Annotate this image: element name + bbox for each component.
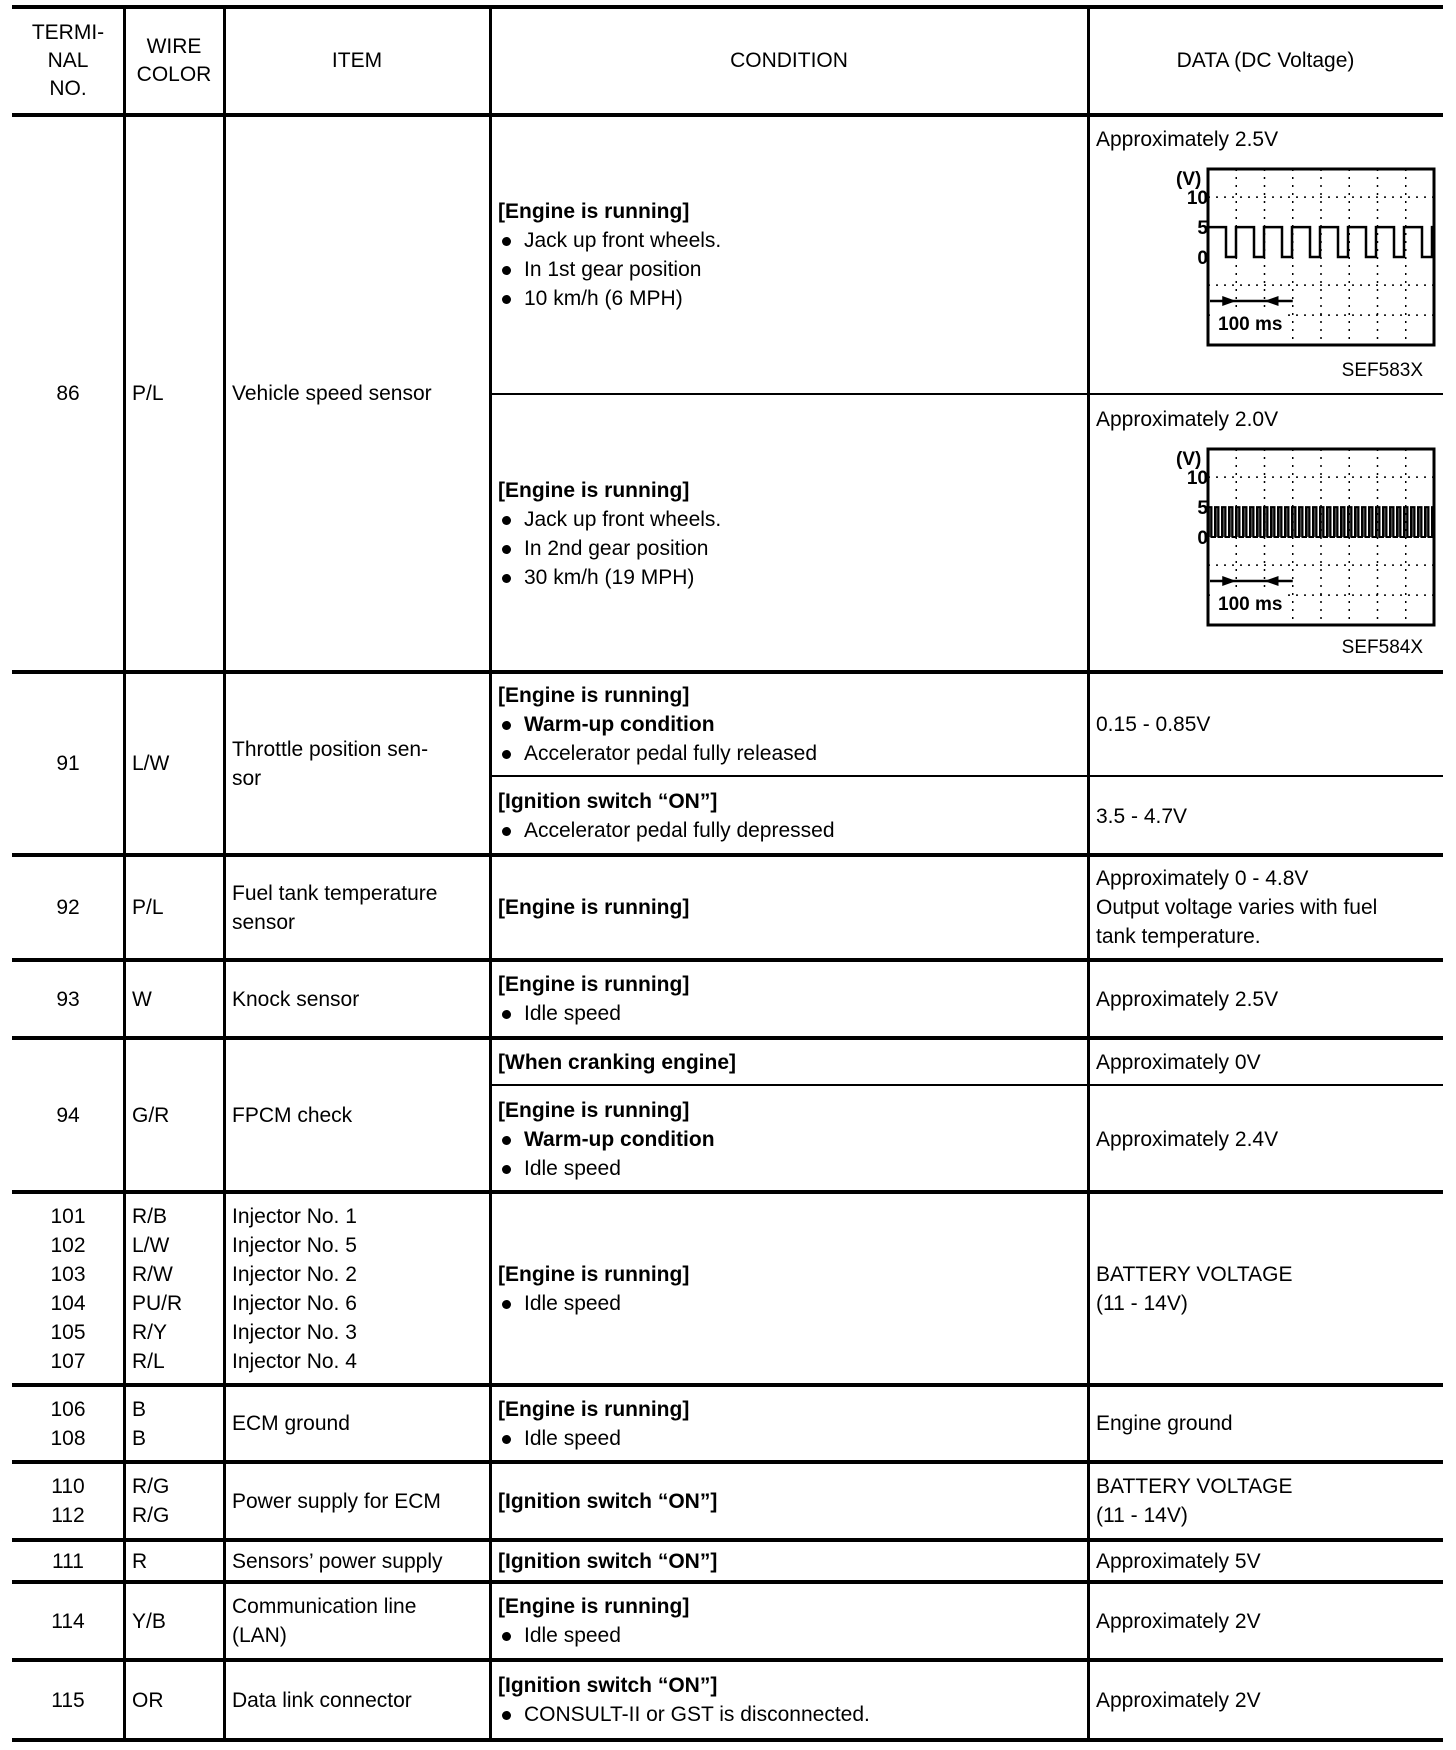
- item-name-text: Fuel tank temperaturesensor: [232, 879, 437, 937]
- condition-text: [When cranking engine]: [498, 1048, 736, 1077]
- table-column-rule: [223, 7, 226, 1740]
- condition-bullet: Idle speed: [498, 1289, 689, 1318]
- wire-color-line: L/W: [132, 749, 169, 778]
- data-value: Approximately 2.5V: [1088, 960, 1443, 1038]
- item-name-line: (LAN): [232, 1621, 416, 1650]
- data-value-line: BATTERY VOLTAGE: [1096, 1260, 1292, 1289]
- item-name: Fuel tank temperaturesensor: [224, 855, 490, 960]
- wire-color-text: R/GR/G: [132, 1472, 169, 1530]
- condition-bullet: 30 km/h (19 MPH): [498, 563, 721, 592]
- data-value-text: Approximately 0V: [1096, 1048, 1261, 1077]
- terminal-no-line: 101: [50, 1202, 85, 1231]
- terminal-no-line: 107: [50, 1347, 85, 1376]
- wire-color-line: B: [132, 1395, 146, 1424]
- oscilloscope-figure: (V)1050100 ms: [1158, 167, 1448, 357]
- data-value-text: Engine ground: [1096, 1409, 1233, 1438]
- item-name-line: Sensors’ power supply: [232, 1547, 443, 1576]
- item-name-line: FPCM check: [232, 1101, 352, 1130]
- item-name-line: Power supply for ECM: [232, 1487, 441, 1516]
- wire-color-line: G/R: [132, 1101, 169, 1130]
- header-line: NAL: [32, 47, 104, 75]
- item-name: FPCM check: [224, 1038, 490, 1192]
- data-cell: Approximately 2.0V(V)1050100 msSEF584X: [1088, 395, 1443, 672]
- item-name-line: Data link connector: [232, 1686, 412, 1715]
- item-name-text: Throttle position sen-sor: [232, 735, 428, 793]
- terminal-no-text: 93: [56, 985, 79, 1014]
- wire-color-line: R/G: [132, 1472, 169, 1501]
- header-terminal: TERMI-NALNO.: [12, 7, 124, 115]
- wire-color-line: R/L: [132, 1347, 182, 1376]
- wire-color-line: OR: [132, 1686, 164, 1715]
- item-name-text: ECM ground: [232, 1409, 350, 1438]
- condition-title: [Ignition switch “ON”]: [498, 1487, 717, 1516]
- data-value-line: (11 - 14V): [1096, 1501, 1292, 1530]
- item-name-text: Power supply for ECM: [232, 1487, 441, 1516]
- item-name-line: Knock sensor: [232, 985, 359, 1014]
- condition-cell: [Engine is running]Jack up front wheels.…: [490, 115, 1088, 395]
- data-value: BATTERY VOLTAGE(11 - 14V): [1088, 1192, 1443, 1385]
- terminal-no: 111: [12, 1540, 124, 1582]
- item-name-line: Injector No. 4: [232, 1347, 357, 1376]
- condition-cell: [When cranking engine]: [490, 1038, 1088, 1086]
- condition-title: [Engine is running]: [498, 970, 689, 999]
- terminal-no-text: 91: [56, 749, 79, 778]
- item-name: Knock sensor: [224, 960, 490, 1038]
- oscilloscope-figure: (V)1050100 ms: [1158, 447, 1448, 637]
- condition-cell: [Ignition switch “ON”]: [490, 1462, 1088, 1540]
- data-value: Engine ground: [1088, 1385, 1443, 1462]
- wire-color-line: R/Y: [132, 1318, 182, 1347]
- header-terminal-label: TERMI-NALNO.: [32, 19, 104, 103]
- table-column-rule: [123, 7, 126, 1740]
- item-name-line: Throttle position sen-: [232, 735, 428, 764]
- condition-text: [Engine is running]Idle speed: [498, 1592, 689, 1650]
- terminal-no-line: 108: [50, 1424, 85, 1453]
- condition-bullet: CONSULT-II or GST is disconnected.: [498, 1700, 870, 1729]
- condition-text: [Ignition switch “ON”]CONSULT-II or GST …: [498, 1671, 870, 1729]
- condition-cell: [Engine is running]Warm-up conditionIdle…: [490, 1086, 1088, 1192]
- data-value: Approximately 2V: [1088, 1582, 1443, 1660]
- terminal-no-line: 94: [56, 1101, 79, 1130]
- wire-color-line: R/W: [132, 1260, 182, 1289]
- table-column-rule: [1087, 7, 1090, 1740]
- condition-text: [Ignition switch “ON”]: [498, 1487, 717, 1516]
- condition-text: [Engine is running]Jack up front wheels.…: [498, 197, 721, 313]
- time-scale-label: 100 ms: [1216, 310, 1284, 339]
- wire-color: G/R: [124, 1038, 224, 1192]
- terminal-no-text: 115: [51, 1686, 84, 1715]
- wire-color: OR: [124, 1660, 224, 1740]
- condition-text: [Engine is running]Jack up front wheels.…: [498, 476, 721, 592]
- data-cell: Approximately 2.5V(V)1050100 msSEF583X: [1088, 115, 1443, 395]
- item-name-line: Injector No. 1: [232, 1202, 357, 1231]
- item-name-line: sensor: [232, 908, 437, 937]
- data-value: Approximately 2.0V: [1096, 405, 1443, 434]
- terminal-no-line: 111: [52, 1547, 84, 1576]
- terminal-no-line: 102: [50, 1231, 85, 1260]
- condition-title: [Engine is running]: [498, 1592, 689, 1621]
- terminal-no-text: 86: [56, 379, 79, 408]
- header-data-label: DATA (DC Voltage): [1177, 47, 1355, 75]
- wire-color-text: Y/B: [132, 1607, 166, 1636]
- condition-bullet: Warm-up condition: [498, 1125, 715, 1154]
- condition-bullet: Idle speed: [498, 999, 689, 1028]
- terminal-no-text: 111: [52, 1547, 84, 1576]
- data-value-line: Approximately 2.5V: [1096, 985, 1278, 1014]
- data-value: BATTERY VOLTAGE(11 - 14V): [1088, 1462, 1443, 1540]
- wire-color-line: P/L: [132, 379, 164, 408]
- data-value: 3.5 - 4.7V: [1088, 777, 1443, 855]
- wire-color-line: L/W: [132, 1231, 182, 1260]
- condition-text: [Engine is running]Idle speed: [498, 970, 689, 1028]
- wire-color-text: OR: [132, 1686, 164, 1715]
- terminal-no-text: 110112: [51, 1472, 84, 1530]
- wire-color: R/BL/WR/WPU/RR/YR/L: [124, 1192, 224, 1385]
- data-value-text: BATTERY VOLTAGE(11 - 14V): [1096, 1472, 1292, 1530]
- item-name-line: Injector No. 3: [232, 1318, 357, 1347]
- data-value-line: Approximately 2V: [1096, 1686, 1261, 1715]
- condition-title: [Ignition switch “ON”]: [498, 787, 835, 816]
- data-value: Approximately 5V: [1088, 1540, 1443, 1582]
- wire-color: P/L: [124, 115, 224, 672]
- data-value-text: BATTERY VOLTAGE(11 - 14V): [1096, 1260, 1292, 1318]
- terminal-no-line: 110: [51, 1472, 84, 1501]
- header-line: WIRE: [137, 33, 212, 61]
- wire-color-text: W: [132, 985, 152, 1014]
- wire-color-line: W: [132, 985, 152, 1014]
- item-name-line: sor: [232, 764, 428, 793]
- terminal-no: 114: [12, 1582, 124, 1660]
- item-name-line: Injector No. 2: [232, 1260, 357, 1289]
- terminal-no: 101102103104105107: [12, 1192, 124, 1385]
- terminal-no-line: 105: [50, 1318, 85, 1347]
- condition-text: [Ignition switch “ON”]Accelerator pedal …: [498, 787, 835, 845]
- condition-cell: [Engine is running]Idle speed: [490, 1582, 1088, 1660]
- condition-bullet: Idle speed: [498, 1424, 689, 1453]
- condition-cell: [Engine is running]Idle speed: [490, 1192, 1088, 1385]
- data-value: Approximately 2.4V: [1088, 1086, 1443, 1192]
- item-name: Power supply for ECM: [224, 1462, 490, 1540]
- wire-color-text: P/L: [132, 893, 164, 922]
- terminal-no-line: 104: [50, 1289, 85, 1318]
- wire-color-text: R/BL/WR/WPU/RR/YR/L: [132, 1202, 182, 1376]
- condition-bullet: Jack up front wheels.: [498, 226, 721, 255]
- terminal-no: 106108: [12, 1385, 124, 1462]
- terminal-no-line: 106: [50, 1395, 85, 1424]
- terminal-no-line: 115: [51, 1686, 84, 1715]
- condition-cell: [Ignition switch “ON”]: [490, 1540, 1088, 1582]
- data-value-line: 3.5 - 4.7V: [1096, 802, 1187, 831]
- condition-bullet: In 1st gear position: [498, 255, 721, 284]
- data-value: Approximately 0 - 4.8VOutput voltage var…: [1088, 855, 1443, 960]
- condition-title: [Ignition switch “ON”]: [498, 1547, 717, 1576]
- item-name: Sensors’ power supply: [224, 1540, 490, 1582]
- data-value-text: Approximately 5V: [1096, 1547, 1261, 1576]
- header-condition-label: CONDITION: [730, 47, 848, 75]
- item-name-line: Communication line: [232, 1592, 416, 1621]
- wire-color-text: BB: [132, 1395, 146, 1453]
- condition-title: [Ignition switch “ON”]: [498, 1671, 870, 1700]
- data-value-text: Approximately 2V: [1096, 1686, 1261, 1715]
- condition-text: [Engine is running]Idle speed: [498, 1395, 689, 1453]
- data-value-line: Approximately 2.0V: [1096, 405, 1443, 434]
- data-value-text: 3.5 - 4.7V: [1096, 802, 1187, 831]
- terminal-no: 91: [12, 672, 124, 855]
- wire-color: W: [124, 960, 224, 1038]
- condition-text: [Engine is running]: [498, 893, 689, 922]
- condition-bullet: Jack up front wheels.: [498, 505, 721, 534]
- terminal-no-line: 103: [50, 1260, 85, 1289]
- condition-cell: [Engine is running]Jack up front wheels.…: [490, 395, 1088, 672]
- condition-bullet: 10 km/h (6 MPH): [498, 284, 721, 313]
- condition-cell: [Engine is running]Idle speed: [490, 1385, 1088, 1462]
- condition-title: [Engine is running]: [498, 1096, 715, 1125]
- item-name-text: Communication line(LAN): [232, 1592, 416, 1650]
- condition-title: [Engine is running]: [498, 197, 721, 226]
- wire-color-line: R: [132, 1547, 147, 1576]
- terminal-no-line: 112: [51, 1501, 84, 1530]
- header-condition: CONDITION: [490, 7, 1088, 115]
- data-value-line: tank temperature.: [1096, 922, 1377, 951]
- terminal-no-text: 92: [56, 893, 79, 922]
- condition-text: [Engine is running]Warm-up conditionIdle…: [498, 1096, 715, 1183]
- condition-text: [Engine is running]Warm-up conditionAcce…: [498, 681, 817, 768]
- data-value-line: Approximately 5V: [1096, 1547, 1261, 1576]
- item-name-line: Fuel tank temperature: [232, 879, 437, 908]
- y-axis-tick: 5: [1197, 214, 1208, 243]
- item-name-text: Vehicle speed sensor: [232, 379, 432, 408]
- terminal-no-line: 86: [56, 379, 79, 408]
- terminal-no-line: 93: [56, 985, 79, 1014]
- condition-bullet: In 2nd gear position: [498, 534, 721, 563]
- data-value-line: Output voltage varies with fuel: [1096, 893, 1377, 922]
- wire-color: BB: [124, 1385, 224, 1462]
- item-name-text: Sensors’ power supply: [232, 1547, 443, 1576]
- terminal-no-text: 114: [51, 1607, 84, 1636]
- figure-id: SEF583X: [1342, 356, 1423, 385]
- data-value-text: Approximately 2.5V: [1096, 985, 1278, 1014]
- wire-color: P/L: [124, 855, 224, 960]
- wire-color-line: B: [132, 1424, 146, 1453]
- condition-cell: [Engine is running]Idle speed: [490, 960, 1088, 1038]
- condition-cell: [Ignition switch “ON”]CONSULT-II or GST …: [490, 1660, 1088, 1740]
- condition-title: [Engine is running]: [498, 681, 817, 710]
- header-wire-label: WIRECOLOR: [137, 33, 212, 89]
- y-axis-tick: 10: [1187, 184, 1208, 213]
- data-value-line: Engine ground: [1096, 1409, 1233, 1438]
- item-name: Throttle position sen-sor: [224, 672, 490, 855]
- data-value: Approximately 0V: [1088, 1038, 1443, 1086]
- data-value-line: BATTERY VOLTAGE: [1096, 1472, 1292, 1501]
- header-line: TERMI-: [32, 19, 104, 47]
- table-column-rule: [489, 7, 492, 1740]
- terminal-no: 93: [12, 960, 124, 1038]
- condition-bullet: Accelerator pedal fully released: [498, 739, 817, 768]
- wire-color-text: R: [132, 1547, 147, 1576]
- condition-cell: [Engine is running]: [490, 855, 1088, 960]
- item-name-text: FPCM check: [232, 1101, 352, 1130]
- condition-title: [Engine is running]: [498, 893, 689, 922]
- y-axis-tick: 10: [1187, 464, 1208, 493]
- wire-color-text: G/R: [132, 1101, 169, 1130]
- header-item: ITEM: [224, 7, 490, 115]
- wire-color-line: P/L: [132, 893, 164, 922]
- data-value-line: Approximately 2.4V: [1096, 1125, 1278, 1154]
- data-value-text: Approximately 0 - 4.8VOutput voltage var…: [1096, 864, 1377, 951]
- wire-color: R/GR/G: [124, 1462, 224, 1540]
- terminal-no-text: 94: [56, 1101, 79, 1130]
- wire-color: L/W: [124, 672, 224, 855]
- wire-color-line: R/G: [132, 1501, 169, 1530]
- item-name: Injector No. 1Injector No. 5Injector No.…: [224, 1192, 490, 1385]
- item-name: Data link connector: [224, 1660, 490, 1740]
- condition-cell: [Engine is running]Warm-up conditionAcce…: [490, 672, 1088, 777]
- terminal-no-line: 91: [56, 749, 79, 778]
- wire-color-line: PU/R: [132, 1289, 182, 1318]
- condition-text: [Engine is running]Idle speed: [498, 1260, 689, 1318]
- terminal-no-text: 106108: [50, 1395, 85, 1453]
- terminal-no: 86: [12, 115, 124, 672]
- data-value-line: Approximately 0V: [1096, 1048, 1261, 1077]
- item-name-text: Injector No. 1Injector No. 5Injector No.…: [232, 1202, 357, 1376]
- terminal-no: 115: [12, 1660, 124, 1740]
- terminal-no-line: 114: [51, 1607, 84, 1636]
- data-value-line: 0.15 - 0.85V: [1096, 710, 1210, 739]
- item-name: Communication line(LAN): [224, 1582, 490, 1660]
- y-axis-tick: 0: [1197, 244, 1208, 273]
- data-value: Approximately 2.5V: [1096, 125, 1443, 154]
- data-value-line: (11 - 14V): [1096, 1289, 1292, 1318]
- data-value-line: Approximately 2V: [1096, 1607, 1261, 1636]
- wire-color: R: [124, 1540, 224, 1582]
- condition-cell: [Ignition switch “ON”]Accelerator pedal …: [490, 777, 1088, 855]
- data-value-text: 0.15 - 0.85V: [1096, 710, 1210, 739]
- data-value-text: Approximately 2.4V: [1096, 1125, 1278, 1154]
- y-axis-tick: 0: [1197, 524, 1208, 553]
- header-data: DATA (DC Voltage): [1088, 7, 1443, 115]
- wire-color-text: L/W: [132, 749, 169, 778]
- terminal-no: 92: [12, 855, 124, 960]
- item-name-line: Injector No. 5: [232, 1231, 357, 1260]
- wire-color-line: Y/B: [132, 1607, 166, 1636]
- item-name-text: Knock sensor: [232, 985, 359, 1014]
- time-scale-label: 100 ms: [1216, 590, 1284, 619]
- data-value-line: Approximately 2.5V: [1096, 125, 1443, 154]
- condition-bullet: Accelerator pedal fully depressed: [498, 816, 835, 845]
- header-wire: WIRECOLOR: [124, 7, 224, 115]
- terminal-no-line: 92: [56, 893, 79, 922]
- condition-title: [When cranking engine]: [498, 1048, 736, 1077]
- data-value-line: Approximately 0 - 4.8V: [1096, 864, 1377, 893]
- data-value: Approximately 2V: [1088, 1660, 1443, 1740]
- header-line: NO.: [32, 75, 104, 103]
- condition-title: [Engine is running]: [498, 1260, 689, 1289]
- item-name-line: Injector No. 6: [232, 1289, 357, 1318]
- terminal-no: 94: [12, 1038, 124, 1192]
- figure-id: SEF584X: [1342, 633, 1423, 662]
- item-name: ECM ground: [224, 1385, 490, 1462]
- condition-title: [Engine is running]: [498, 476, 721, 505]
- item-name-text: Data link connector: [232, 1686, 412, 1715]
- header-line: COLOR: [137, 61, 212, 89]
- header-item-label: ITEM: [332, 47, 382, 75]
- y-axis-tick: 5: [1197, 494, 1208, 523]
- wire-color-text: P/L: [132, 379, 164, 408]
- condition-bullet: Idle speed: [498, 1621, 689, 1650]
- item-name: Vehicle speed sensor: [224, 115, 490, 672]
- wire-color-line: R/B: [132, 1202, 182, 1231]
- terminal-no-text: 101102103104105107: [50, 1202, 85, 1376]
- wire-color: Y/B: [124, 1582, 224, 1660]
- data-value-text: Approximately 2V: [1096, 1607, 1261, 1636]
- data-value: 0.15 - 0.85V: [1088, 672, 1443, 777]
- condition-bullet: Idle speed: [498, 1154, 715, 1183]
- condition-bullet: Warm-up condition: [498, 710, 817, 739]
- item-name-line: ECM ground: [232, 1409, 350, 1438]
- condition-title: [Engine is running]: [498, 1395, 689, 1424]
- condition-text: [Ignition switch “ON”]: [498, 1547, 717, 1576]
- terminal-no: 110112: [12, 1462, 124, 1540]
